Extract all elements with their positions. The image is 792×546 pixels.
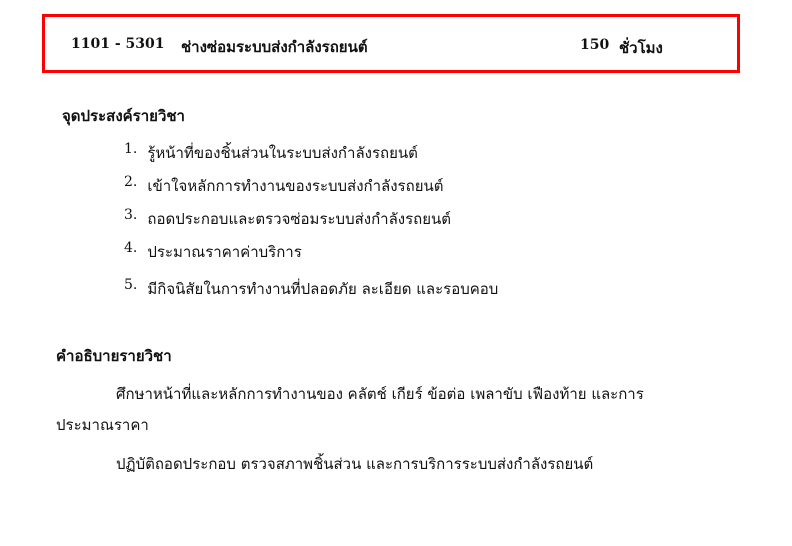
description-line: ปฏิบัติถอดประกอบ ตรวจสภาพชิ้นส่วน และการ… xyxy=(116,452,593,476)
objective-text: มีกิจนิสัยในการทำงานที่ปลอดภัย ละเอียด แ… xyxy=(147,277,498,301)
objective-number: 4. xyxy=(124,240,137,264)
course-code: 1101 - 5301 xyxy=(71,36,165,52)
course-hours-unit: ชั่วโมง xyxy=(619,36,663,60)
description-line: ศึกษาหน้าที่และหลักการทำงานของ คลัตช์ เก… xyxy=(116,382,644,406)
objective-number: 5. xyxy=(124,277,137,301)
objective-number: 3. xyxy=(124,207,137,231)
course-hours-value: 150 xyxy=(580,37,609,53)
course-header-box: 1101 - 5301 ช่างซ่อมระบบส่งกำลังรถยนต์ 1… xyxy=(42,14,740,73)
objective-item: 3. ถอดประกอบและตรวจซ่อมระบบส่งกำลังรถยนต… xyxy=(124,207,451,231)
objective-text: ถอดประกอบและตรวจซ่อมระบบส่งกำลังรถยนต์ xyxy=(147,207,451,231)
course-name: ช่างซ่อมระบบส่งกำลังรถยนต์ xyxy=(181,35,368,59)
objective-text: เข้าใจหลักการทำงานของระบบส่งกำลังรถยนต์ xyxy=(147,174,443,198)
description-line: ประมาณราคา xyxy=(56,413,149,437)
description-heading: คำอธิบายรายวิชา xyxy=(56,344,172,368)
objective-item: 4. ประมาณราคาค่าบริการ xyxy=(124,240,302,264)
objective-number: 1. xyxy=(124,141,137,165)
objective-item: 5. มีกิจนิสัยในการทำงานที่ปลอดภัย ละเอีย… xyxy=(124,277,498,301)
objective-text: ประมาณราคาค่าบริการ xyxy=(147,240,301,264)
objective-item: 1. รู้หน้าที่ของชิ้นส่วนในระบบส่งกำลังรถ… xyxy=(124,141,418,165)
objectives-heading: จุดประสงค์รายวิชา xyxy=(62,104,185,128)
objective-item: 2. เข้าใจหลักการทำงานของระบบส่งกำลังรถยน… xyxy=(124,174,443,198)
objective-number: 2. xyxy=(124,174,137,198)
objective-text: รู้หน้าที่ของชิ้นส่วนในระบบส่งกำลังรถยนต… xyxy=(147,141,418,165)
